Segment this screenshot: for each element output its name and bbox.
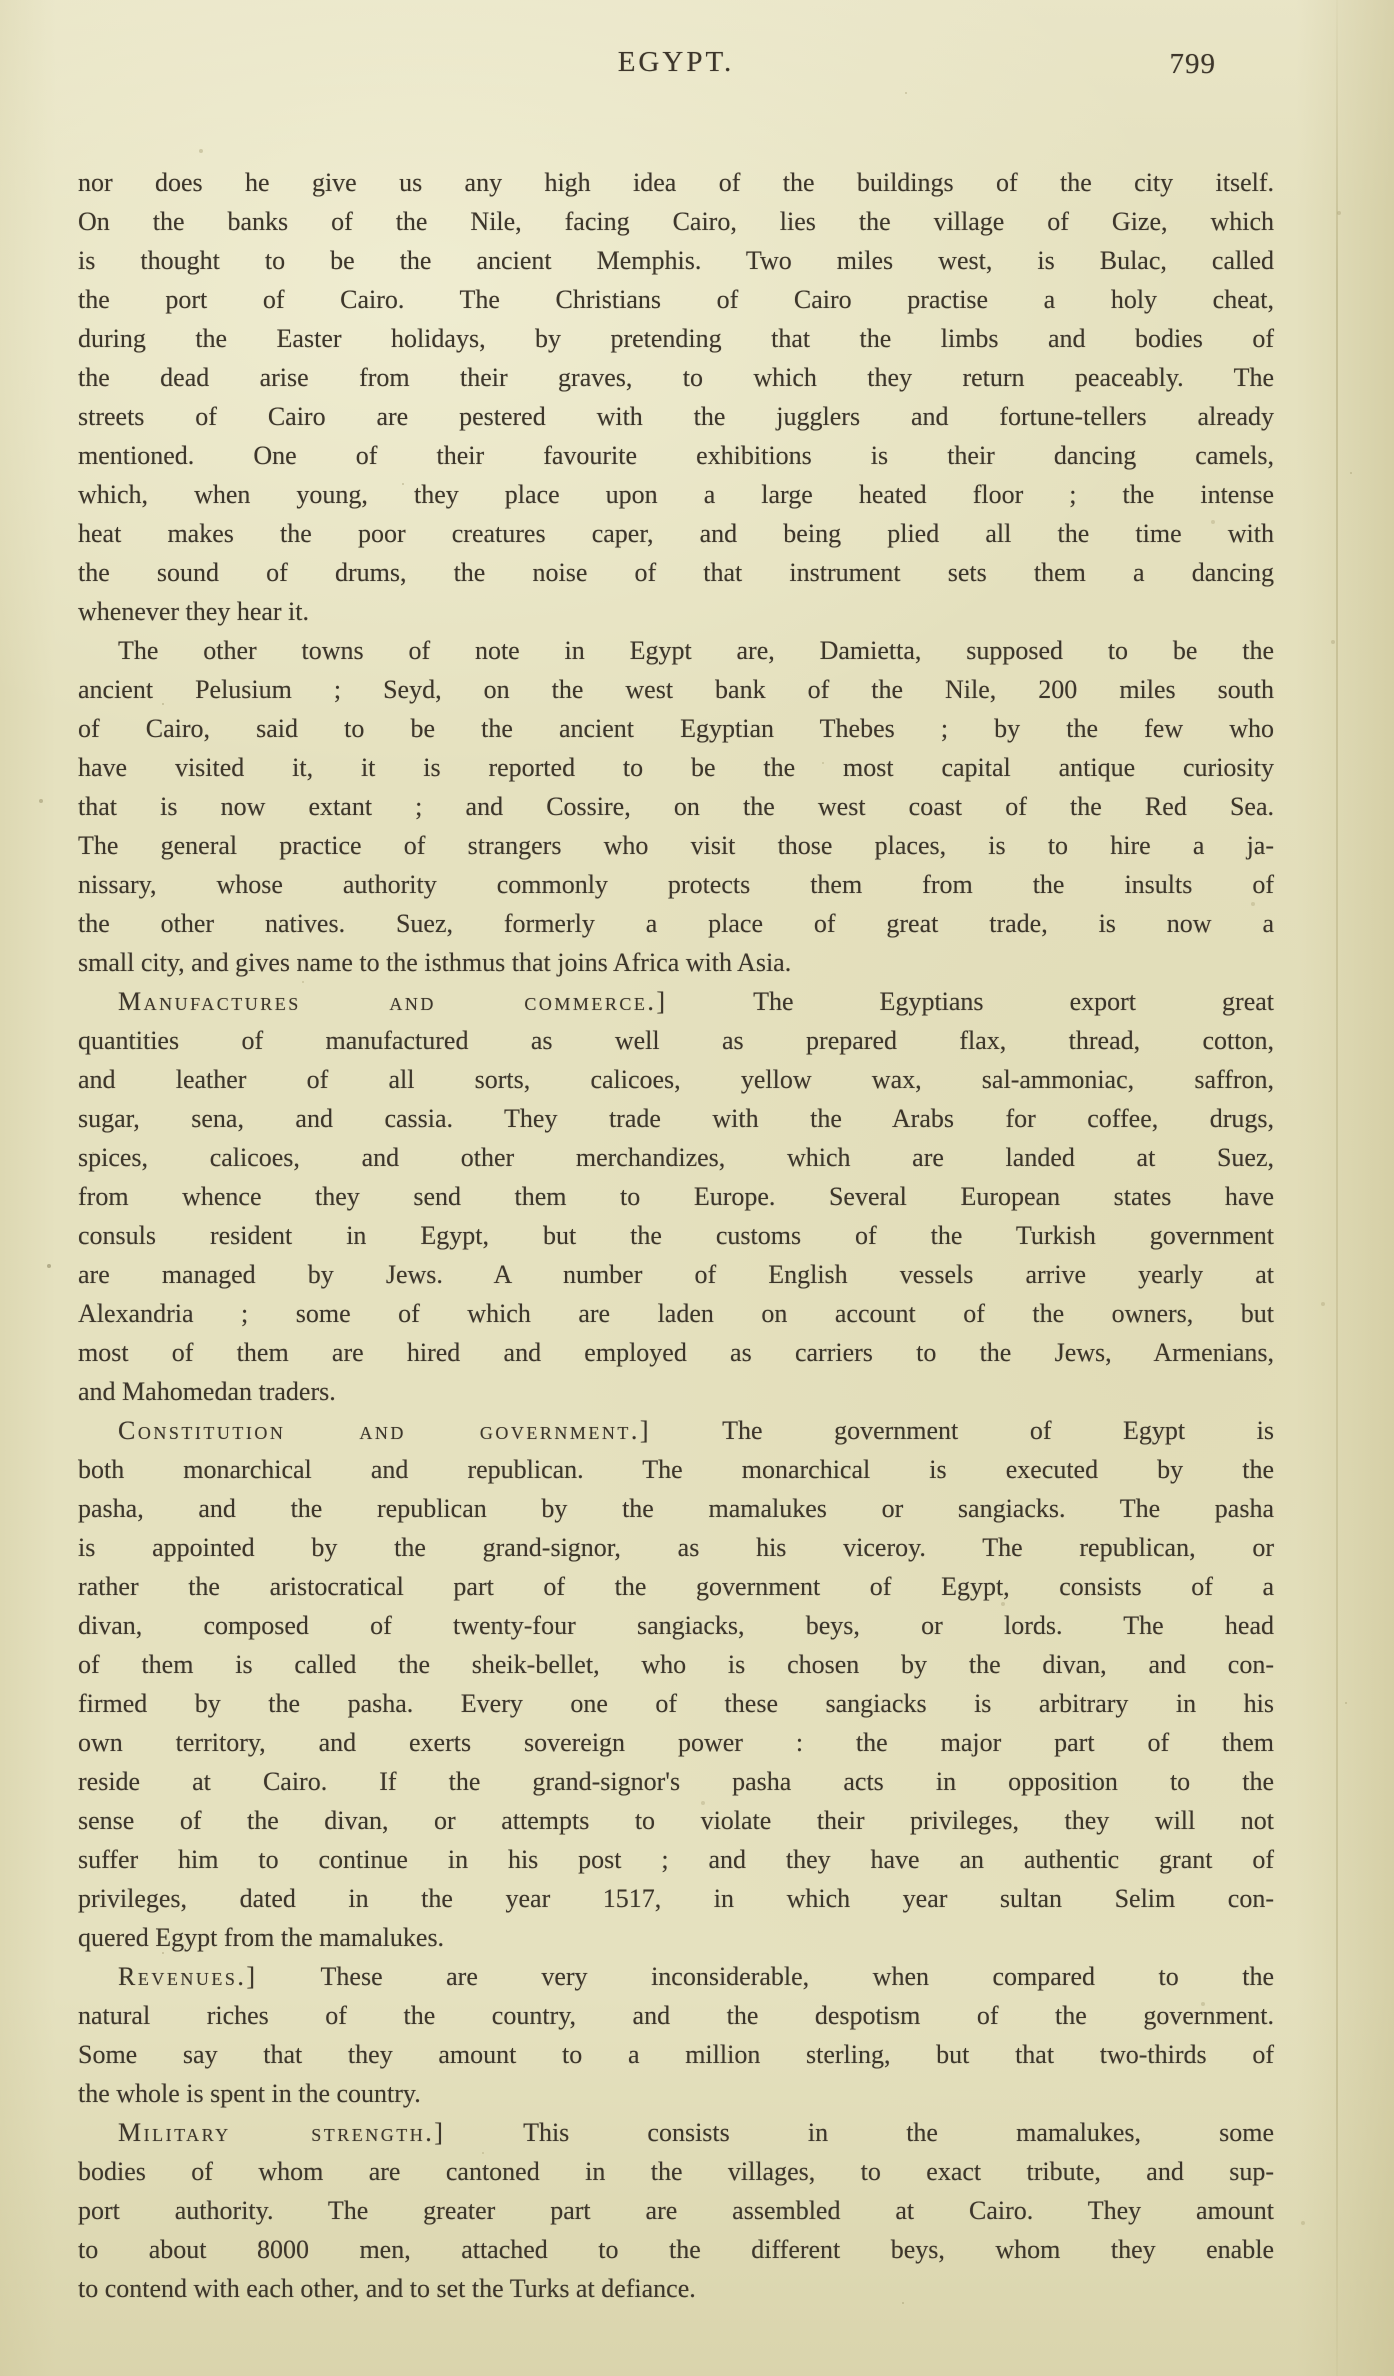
paragraph: nor does he give us any high idea of the… xyxy=(78,163,1274,631)
text-line: own territory, and exerts sovereign powe… xyxy=(78,1723,1274,1762)
text-line: the dead arise from their graves, to whi… xyxy=(78,358,1274,397)
paper-specks xyxy=(0,0,2,2)
text-line: and leather of all sorts, calicoes, yell… xyxy=(78,1060,1274,1099)
section-heading: Military strength.] xyxy=(118,2118,445,2147)
page-body: nor does he give us any high idea of the… xyxy=(78,163,1274,2308)
text-line: from whence they send them to Europe. Se… xyxy=(78,1177,1274,1216)
page-number: 799 xyxy=(1170,48,1217,81)
text-line: natural riches of the country, and the d… xyxy=(78,1996,1274,2035)
text-line: suffer him to continue in his post ; and… xyxy=(78,1840,1274,1879)
section-heading: Manufactures and commerce.] xyxy=(118,987,668,1016)
text-line: reside at Cairo. If the grand-signor's p… xyxy=(78,1762,1274,1801)
text-line: and Mahomedan traders. xyxy=(78,1372,1274,1411)
text-line: small city, and gives name to the isthmu… xyxy=(78,943,1274,982)
text-line: the other natives. Suez, formerly a plac… xyxy=(78,904,1274,943)
text-line: to about 8000 men, attached to the diffe… xyxy=(78,2230,1274,2269)
text-line: have visited it, it is reported to be th… xyxy=(78,748,1274,787)
text-line: mentioned. One of their favourite exhibi… xyxy=(78,436,1274,475)
text-line: which, when young, they place upon a lar… xyxy=(78,475,1274,514)
paragraph: Constitution and government.] The govern… xyxy=(78,1411,1274,1957)
text-line: the sound of drums, the noise of that in… xyxy=(78,553,1274,592)
paragraph: The other towns of note in Egypt are, Da… xyxy=(78,631,1274,982)
running-title: EGYPT. xyxy=(78,46,1274,79)
text-line: privileges, dated in the year 1517, in w… xyxy=(78,1879,1274,1918)
text-line: quered Egypt from the mamalukes. xyxy=(78,1918,1274,1957)
text-line: bodies of whom are cantoned in the villa… xyxy=(78,2152,1274,2191)
text-line: firmed by the pasha. Every one of these … xyxy=(78,1684,1274,1723)
text-line: ancient Pelusium ; Seyd, on the west ban… xyxy=(78,670,1274,709)
text-line: Constitution and government.] The govern… xyxy=(78,1411,1274,1450)
text-line: Some say that they amount to a million s… xyxy=(78,2035,1274,2074)
text-line: The general practice of strangers who vi… xyxy=(78,826,1274,865)
text-line: during the Easter holidays, by pretendin… xyxy=(78,319,1274,358)
text-line: divan, composed of twenty-four sangiacks… xyxy=(78,1606,1274,1645)
text-line: sugar, sena, and cassia. They trade with… xyxy=(78,1099,1274,1138)
text-line: of Cairo, said to be the ancient Egyptia… xyxy=(78,709,1274,748)
text-line: is thought to be the ancient Memphis. Tw… xyxy=(78,241,1274,280)
text-line: most of them are hired and employed as c… xyxy=(78,1333,1274,1372)
text-line: is appointed by the grand-signor, as his… xyxy=(78,1528,1274,1567)
text-line: On the banks of the Nile, facing Cairo, … xyxy=(78,202,1274,241)
text-line: whenever they hear it. xyxy=(78,592,1274,631)
text-line: sense of the divan, or attempts to viola… xyxy=(78,1801,1274,1840)
page-header: EGYPT. 799 xyxy=(78,46,1274,94)
text-line: port authority. The greater part are ass… xyxy=(78,2191,1274,2230)
text-line: the port of Cairo. The Christians of Cai… xyxy=(78,280,1274,319)
text-line: the whole is spent in the country. xyxy=(78,2074,1274,2113)
text-line: that is now extant ; and Cossire, on the… xyxy=(78,787,1274,826)
text-line: both monarchical and republican. The mon… xyxy=(78,1450,1274,1489)
text-line: are managed by Jews. A number of English… xyxy=(78,1255,1274,1294)
paragraph: Military strength.] This consists in the… xyxy=(78,2113,1274,2308)
paragraph: Revenues.] These are very inconsiderable… xyxy=(78,1957,1274,2113)
book-page: EGYPT. 799 nor does he give us any high … xyxy=(0,0,1394,2376)
text-line: Military strength.] This consists in the… xyxy=(78,2113,1274,2152)
page-crease xyxy=(1336,0,1338,2376)
text-line: Manufactures and commerce.] The Egyptian… xyxy=(78,982,1274,1021)
section-heading: Constitution and government.] xyxy=(118,1416,651,1445)
paragraph: Manufactures and commerce.] The Egyptian… xyxy=(78,982,1274,1411)
text-line: heat makes the poor creatures caper, and… xyxy=(78,514,1274,553)
text-line: The other towns of note in Egypt are, Da… xyxy=(78,631,1274,670)
text-line: nissary, whose authority commonly protec… xyxy=(78,865,1274,904)
text-line: Alexandria ; some of which are laden on … xyxy=(78,1294,1274,1333)
text-line: rather the aristocratical part of the go… xyxy=(78,1567,1274,1606)
text-line: streets of Cairo are pestered with the j… xyxy=(78,397,1274,436)
section-heading: Revenues.] xyxy=(118,1962,258,1991)
text-line: quantities of manufactured as well as pr… xyxy=(78,1021,1274,1060)
text-line: pasha, and the republican by the mamaluk… xyxy=(78,1489,1274,1528)
text-line: of them is called the sheik-bellet, who … xyxy=(78,1645,1274,1684)
text-line: consuls resident in Egypt, but the custo… xyxy=(78,1216,1274,1255)
text-line: Revenues.] These are very inconsiderable… xyxy=(78,1957,1274,1996)
text-line: to contend with each other, and to set t… xyxy=(78,2269,1274,2308)
text-line: spices, calicoes, and other merchandizes… xyxy=(78,1138,1274,1177)
text-line: nor does he give us any high idea of the… xyxy=(78,163,1274,202)
